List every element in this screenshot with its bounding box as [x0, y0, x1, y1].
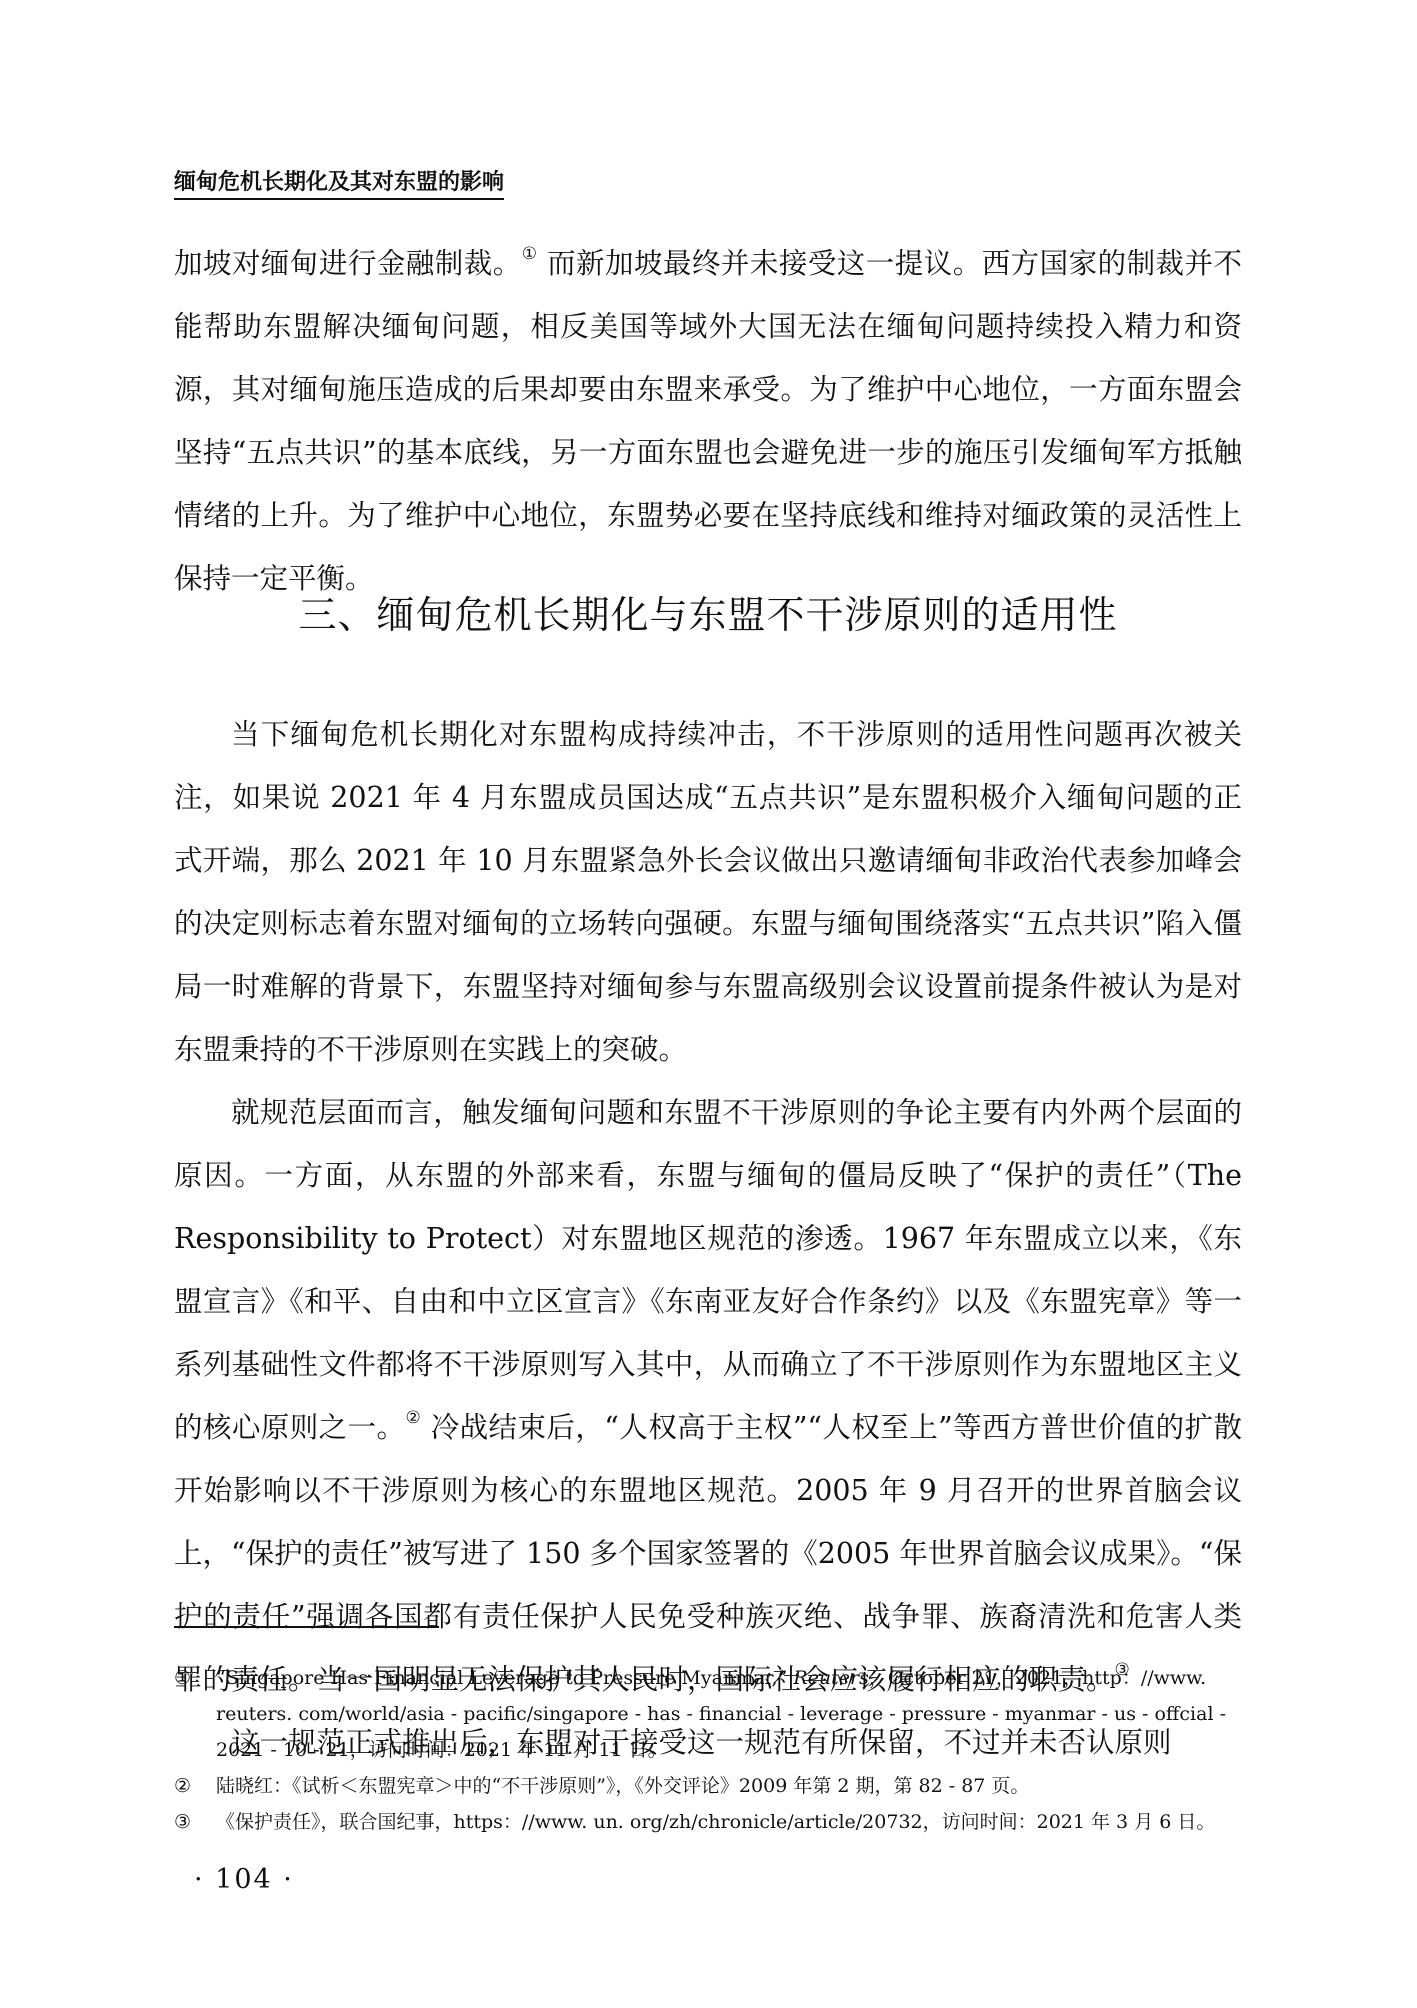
- footnote-divider: [174, 1626, 439, 1628]
- paragraph-text: 当下缅甸危机长期化对东盟构成持续冲击，不干涉原则的适用性问题再次被关注，如果说 …: [174, 718, 1242, 1066]
- footnote-text-part: “Singapore Has Financial Leverage to Pre…: [216, 1667, 793, 1689]
- footnote-item: ③《保护责任》，联合国纪事，https：//www. un. org/zh/ch…: [174, 1804, 1242, 1840]
- footnote-number: ③: [174, 1804, 216, 1840]
- paragraph: 加坡对缅甸进行金融制裁。① 而新加坡最终并未接受这一提议。西方国家的制裁并不能帮…: [174, 232, 1242, 610]
- footnote-ref[interactable]: ②: [405, 1408, 421, 1428]
- footnote-text: 《保护责任》，联合国纪事，https：//www. un. org/zh/chr…: [216, 1804, 1242, 1840]
- footnote-text-part: 《保护责任》，联合国纪事，https：//www. un. org/zh/chr…: [216, 1811, 1215, 1833]
- footnote-number: ②: [174, 1768, 216, 1804]
- section-title: 三、缅甸危机长期化与东盟不干涉原则的适用性: [174, 590, 1242, 640]
- paragraph: 当下缅甸危机长期化对东盟构成持续冲击，不干涉原则的适用性问题再次被关注，如果说 …: [174, 703, 1242, 1081]
- footnote-source-title: Reuters: [793, 1667, 869, 1689]
- footnote-text: “Singapore Has Financial Leverage to Pre…: [216, 1660, 1242, 1768]
- body-text-before-section: 加坡对缅甸进行金融制裁。① 而新加坡最终并未接受这一提议。西方国家的制裁并不能帮…: [174, 232, 1242, 610]
- footnote-item: ②陆晓红：《试析＜东盟宪章＞中的“不干涉原则”》，《外交评论》2009 年第 2…: [174, 1768, 1242, 1804]
- running-head: 缅甸危机长期化及其对东盟的影响: [174, 170, 504, 200]
- body-text-after-section: 当下缅甸危机长期化对东盟构成持续冲击，不干涉原则的适用性问题再次被关注，如果说 …: [174, 703, 1242, 1774]
- footnote-item: ①“Singapore Has Financial Leverage to Pr…: [174, 1660, 1242, 1768]
- paragraph: 就规范层面而言，触发缅甸问题和东盟不干涉原则的争论主要有内外两个层面的原因。一方…: [174, 1081, 1242, 1711]
- paragraph-text: 加坡对缅甸进行金融制裁。: [174, 247, 522, 280]
- footnote-ref[interactable]: ①: [522, 244, 538, 264]
- footnote-number: ①: [174, 1660, 216, 1768]
- page-number: · 104 ·: [194, 1864, 294, 1895]
- footnotes: ①“Singapore Has Financial Leverage to Pr…: [174, 1660, 1242, 1840]
- paragraph-text: 就规范层面而言，触发缅甸问题和东盟不干涉原则的争论主要有内外两个层面的原因。一方…: [174, 1096, 1242, 1444]
- paragraph-text: 冷战结束后，“人权高于主权”“人权至上”等西方普世价值的扩散开始影响以不干涉原则…: [174, 1411, 1242, 1696]
- paragraph-text: 而新加坡最终并未接受这一提议。西方国家的制裁并不能帮助东盟解决缅甸问题，相反美国…: [174, 247, 1242, 595]
- footnote-text: 陆晓红：《试析＜东盟宪章＞中的“不干涉原则”》，《外交评论》2009 年第 2 …: [216, 1768, 1242, 1804]
- footnote-text-part: 陆晓红：《试析＜东盟宪章＞中的“不干涉原则”》，《外交评论》2009 年第 2 …: [216, 1775, 1029, 1797]
